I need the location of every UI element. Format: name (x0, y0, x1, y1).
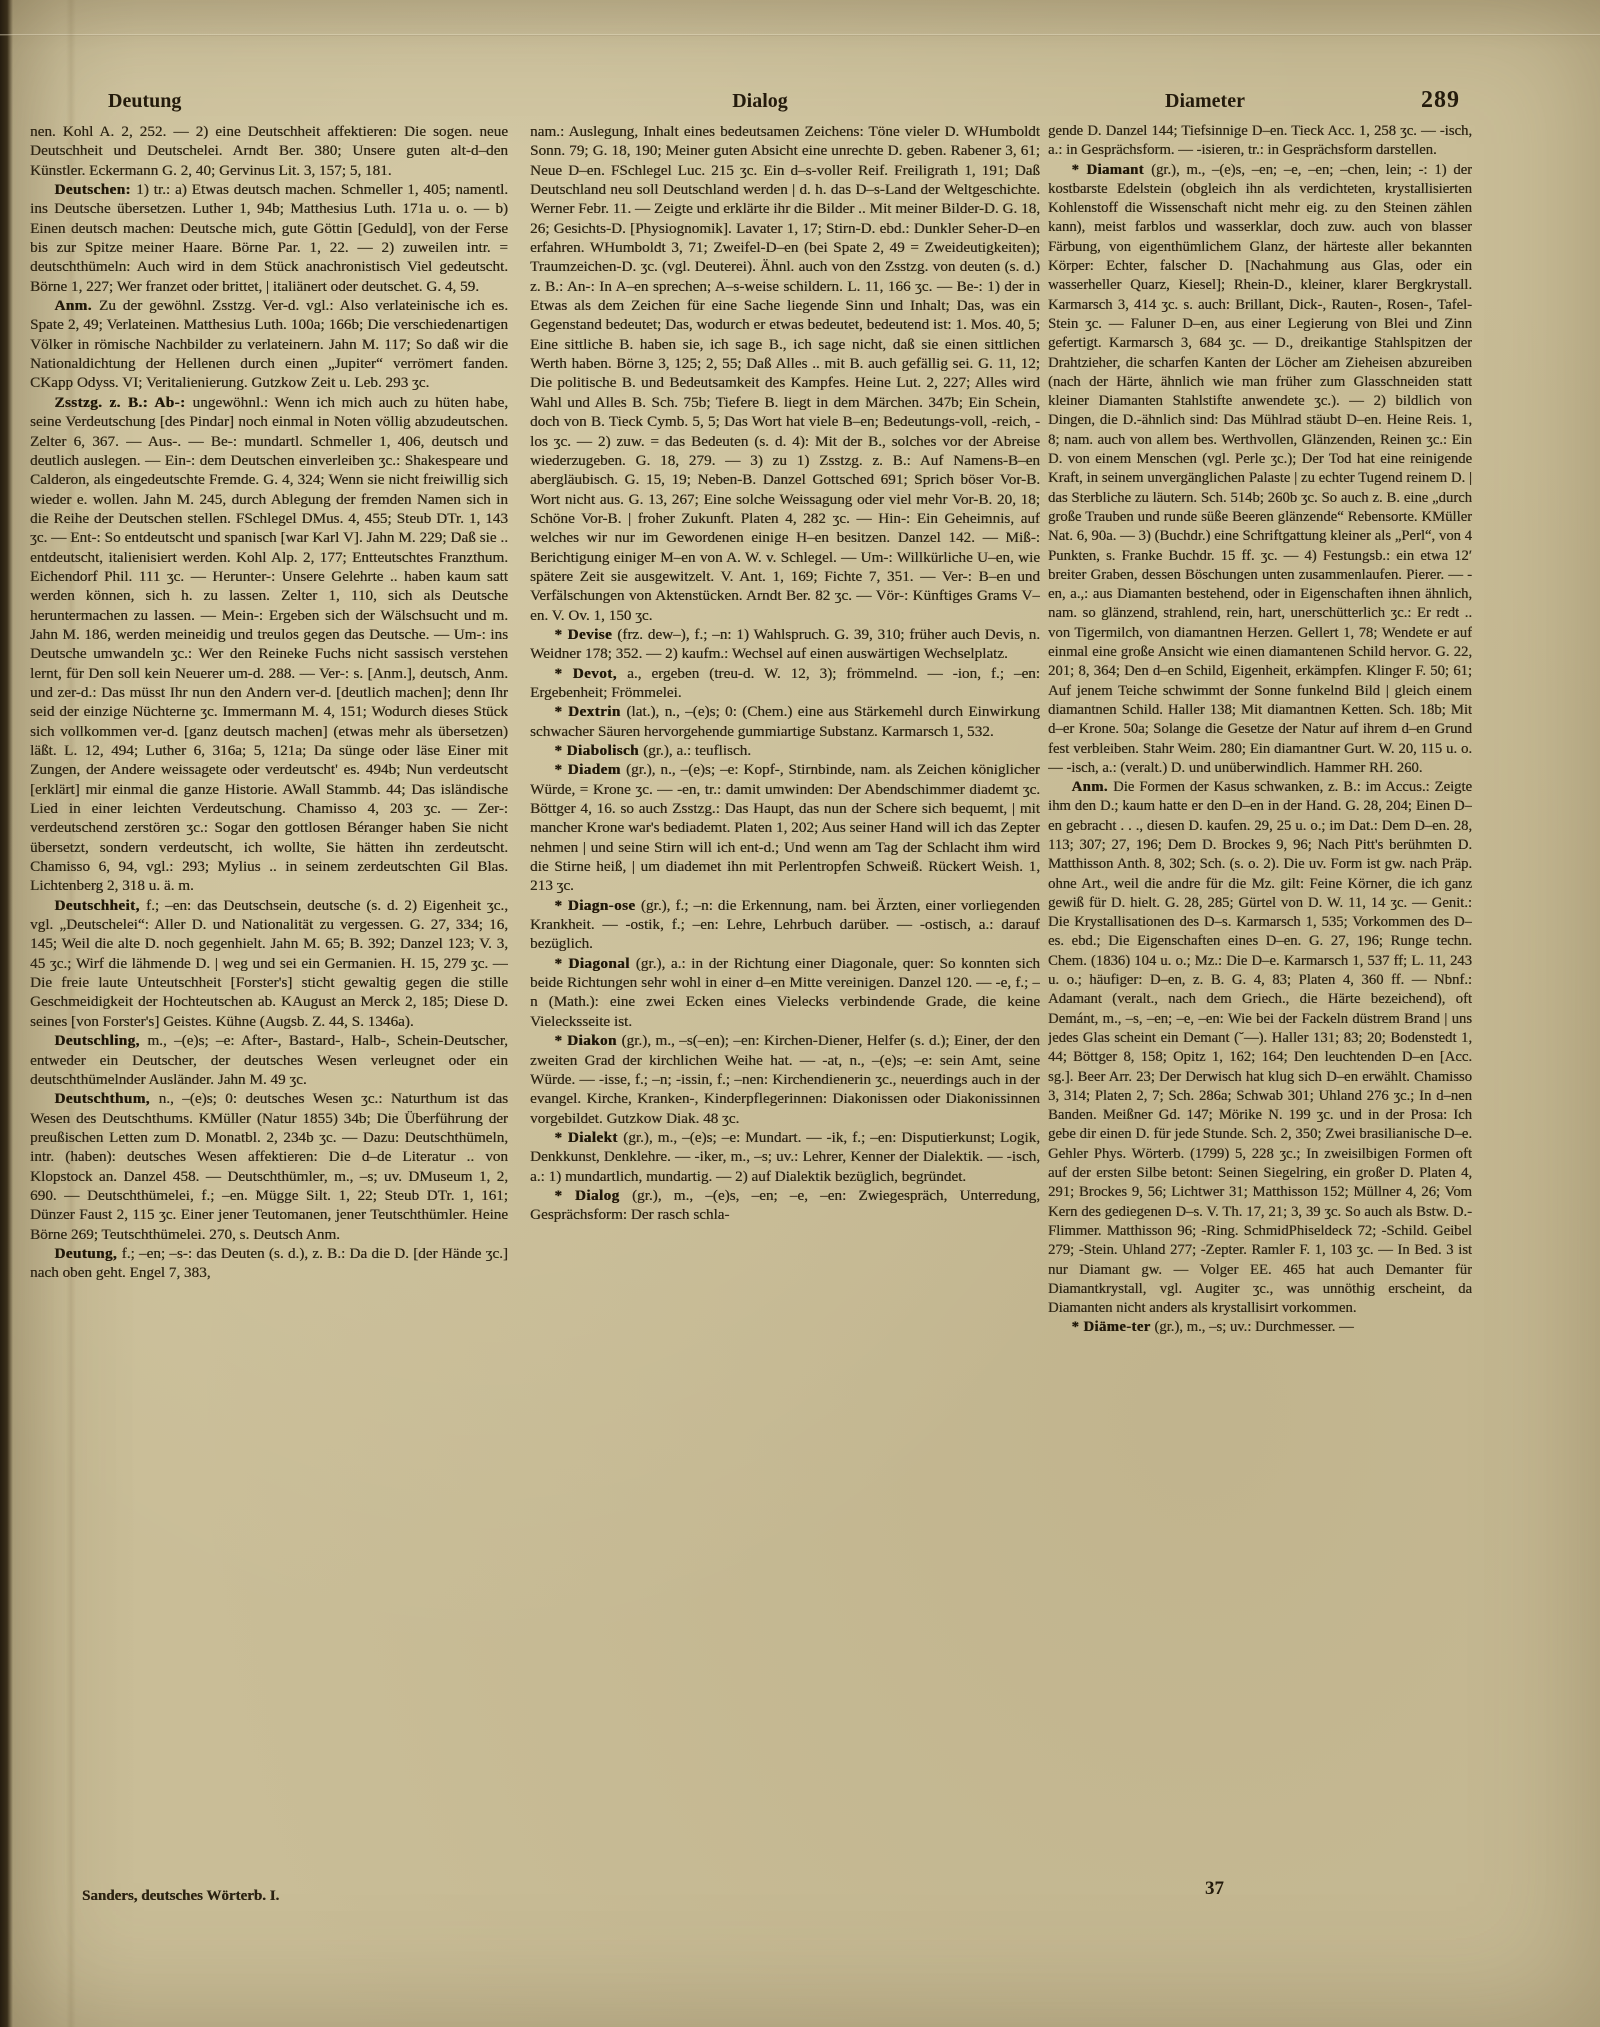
dictionary-paragraph: Deutschling, m., –(e)s; –e: After-, Bast… (30, 1031, 508, 1089)
dictionary-paragraph: Anm. Zu der gewöhnl. Zsstzg. Ver-d. vgl.… (30, 296, 508, 393)
entry-headword: * Dialekt (554, 1129, 623, 1146)
entry-headword: Anm. (54, 297, 99, 314)
entry-headword: Zsstzg. z. B.: Ab-: (54, 394, 192, 411)
entry-headword: Deutung, (54, 1245, 121, 1262)
dictionary-paragraph: * Diakon (gr.), m., –s(–en); –en: Kirche… (530, 1031, 1040, 1128)
page-number: 289 (1421, 87, 1460, 114)
running-head-center: Dialog (640, 90, 880, 113)
entry-headword: Anm. (1072, 779, 1114, 795)
printer-signature: Sanders, deutsches Wörterb. I. (82, 1888, 482, 1905)
dictionary-paragraph: * Dialog (gr.), m., –(e)s, –en; –e, –en:… (530, 1186, 1040, 1225)
dictionary-paragraph: * Diäme-ter (gr.), m., –s; uv.: Durchmes… (1048, 1318, 1472, 1337)
dictionary-paragraph: Anm. Die Formen der Kasus schwanken, z. … (1048, 778, 1472, 1318)
entry-headword: * Diakon (554, 1032, 621, 1049)
entry-headword: Deutschheit, (54, 897, 146, 914)
dictionary-paragraph: gende D. Danzel 144; Tiefsinnige D–en. T… (1048, 122, 1472, 161)
entry-headword: * Diagn-ose (554, 897, 641, 914)
dictionary-paragraph: * Devot, a., ergeben (treu-d. W. 12, 3);… (530, 664, 1040, 703)
dictionary-paragraph: * Dialekt (gr.), m., –(e)s; –e: Mundart.… (530, 1128, 1040, 1186)
entry-headword: * Devise (554, 626, 617, 643)
entry-headword: * Dialog (554, 1187, 632, 1204)
entry-headword: * Diäme-ter (1072, 1319, 1155, 1335)
text-column-center: nam.: Auslegung, Inhalt eines bedeutsame… (530, 122, 1040, 1884)
paper-crease-top (0, 34, 1600, 36)
entry-headword: * Diamant (1072, 162, 1152, 178)
entry-headword: * Devot, (554, 665, 627, 682)
running-head: Deutung Dialog Diameter 289 (0, 90, 1600, 124)
dictionary-paragraph: * Diabolisch (gr.), a.: teuflisch. (530, 741, 1040, 760)
entry-headword: * Dextrin (554, 703, 626, 720)
running-head-right: Diameter (1165, 90, 1245, 113)
entry-headword: * Diabolisch (554, 742, 643, 759)
dictionary-paragraph: Deutung, f.; –en; –s-: das Deuten (s. d.… (30, 1244, 508, 1283)
dictionary-paragraph: Zsstzg. z. B.: Ab-: ungewöhnl.: Wenn ich… (30, 393, 508, 896)
text-column-left: nen. Kohl A. 2, 252. — 2) eine Deutschhe… (30, 122, 508, 1884)
sheet-number: 37 (1205, 1878, 1224, 1900)
entry-headword: Deutschling, (54, 1032, 147, 1049)
text-column-right: gende D. Danzel 144; Tiefsinnige D–en. T… (1048, 122, 1472, 1884)
dictionary-paragraph: nam.: Auslegung, Inhalt eines bedeutsame… (530, 122, 1040, 625)
dictionary-paragraph: Deutschheit, f.; –en: das Deutschsein, d… (30, 896, 508, 1031)
entry-headword: * Diagonal (554, 955, 635, 972)
dictionary-paragraph: nen. Kohl A. 2, 252. — 2) eine Deutschhe… (30, 122, 508, 180)
dictionary-paragraph: * Dextrin (lat.), n., –(e)s; 0: (Chem.) … (530, 702, 1040, 741)
dictionary-paragraph: * Diamant (gr.), m., –(e)s, –en; –e, –en… (1048, 161, 1472, 779)
entry-headword: Deutschthum, (54, 1090, 158, 1107)
dictionary-paragraph: * Devise (frz. dew–), f.; –n: 1) Wahlspr… (530, 625, 1040, 664)
running-head-left: Deutung (108, 90, 181, 113)
dictionary-paragraph: * Diadem (gr.), n., –(e)s; –e: Kopf-, St… (530, 760, 1040, 895)
entry-headword: * Diadem (554, 761, 626, 778)
dictionary-paragraph: Deutschen: 1) tr.: a) Etwas deutsch mach… (30, 180, 508, 296)
dictionary-scan-page: Deutung Dialog Diameter 289 nen. Kohl A.… (0, 0, 1600, 2027)
dictionary-paragraph: Deutschthum, n., –(e)s; 0: deutsches Wes… (30, 1089, 508, 1244)
entry-headword: Deutschen: (54, 181, 136, 198)
book-spine-shadow (0, 0, 13, 2027)
dictionary-paragraph: * Diagn-ose (gr.), f.; –n: die Erkennung… (530, 896, 1040, 954)
dictionary-paragraph: * Diagonal (gr.), a.: in der Richtung ei… (530, 954, 1040, 1031)
